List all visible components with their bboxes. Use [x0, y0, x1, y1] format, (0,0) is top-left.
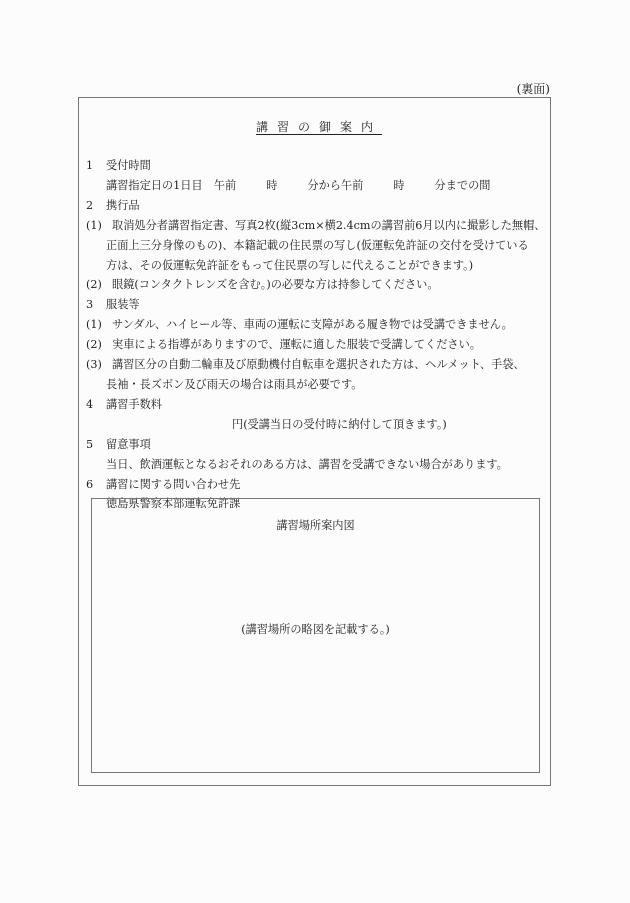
item-number: (2)	[86, 335, 106, 355]
fee-text: 円(受講当日の受付時に納付して頂きます。)	[86, 415, 544, 435]
clothing-item-1: (1)サンダル、ハイヒール等、車両の運転に支障がある履き物では受講できません。	[86, 315, 544, 335]
time-prefix: 講習指定日の1日目 午前	[106, 179, 236, 192]
belongings-item-1-cont: 正面上三分身像のもの)、本籍記載の住民票の写し(仮運転免許証の交付を受けている	[86, 236, 544, 256]
notes-text: 当日、飲酒運転となるおそれのある方は、講習を受講できない場合があります。	[86, 455, 544, 475]
clothing-item-3-cont: 長袖・長ズボン及び雨天の場合は雨具が必要です。	[86, 375, 544, 395]
section-number: 2	[86, 196, 106, 216]
time-minute-from: 分から午前	[307, 179, 363, 192]
clothing-item-2: (2)実車による指導がありますので、運転に適した服装で受講してください。	[86, 335, 544, 355]
map-title: 講習場所案内図	[92, 517, 539, 533]
item-text: 取消処分者講習指定書、写真2枚(縦3cm×横2.4cmの講習前6月以内に撮影した…	[106, 219, 545, 232]
item-number: (2)	[86, 275, 106, 295]
item-number: (3)	[86, 355, 106, 375]
item-text: 眼鏡(コンタクトレンズを含む。)の必要な方は持参してください。	[106, 278, 439, 291]
guide-frame: 講習の御案内 1受付時間 講習指定日の1日目 午前時分から午前時分までの間 2携…	[78, 97, 551, 786]
belongings-item-2: (2)眼鏡(コンタクトレンズを含む。)の必要な方は持参してください。	[86, 275, 544, 295]
section-heading: 留意事項	[106, 438, 151, 451]
belongings-item-1: (1)取消処分者講習指定書、写真2枚(縦3cm×横2.4cmの講習前6月以内に撮…	[86, 216, 544, 236]
item-number: (1)	[86, 216, 106, 236]
reception-time-line: 講習指定日の1日目 午前時分から午前時分までの間	[86, 176, 544, 196]
section-notes-heading: 5留意事項	[86, 435, 544, 455]
section-number: 6	[86, 475, 106, 495]
page-side-label: (裏面)	[517, 80, 550, 97]
map-note: (講習場所の略図を記載する。)	[92, 621, 539, 637]
section-heading: 講習に関する問い合わせ先	[106, 478, 240, 491]
item-text: 講習区分の自動二輪車及び原動機付自転車を選択された方は、ヘルメット、手袋、	[106, 358, 525, 371]
guide-content: 1受付時間 講習指定日の1日目 午前時分から午前時分までの間 2携行品 (1)取…	[86, 156, 544, 514]
section-clothing-heading: 3服装等	[86, 295, 544, 315]
section-number: 3	[86, 295, 106, 315]
section-heading: 服装等	[106, 298, 140, 311]
belongings-item-1-cont: 方は、その仮運転免許証をもって住民票の写しに代えることができます。)	[86, 256, 544, 276]
item-text: 実車による指導がありますので、運転に適した服装で受講してください。	[106, 338, 481, 351]
time-minute-to: 分までの間	[435, 179, 491, 192]
title-text: 講習の御案内	[247, 120, 382, 134]
section-contact-heading: 6講習に関する問い合わせ先	[86, 475, 544, 495]
clothing-item-3: (3)講習区分の自動二輪車及び原動機付自転車を選択された方は、ヘルメット、手袋、	[86, 355, 544, 375]
section-fee-heading: 4講習手数料	[86, 395, 544, 415]
section-number: 4	[86, 395, 106, 415]
time-hour-2: 時	[393, 179, 404, 192]
document-title: 講習の御案内	[79, 118, 550, 135]
map-box: 講習場所案内図 (講習場所の略図を記載する。)	[91, 498, 540, 773]
section-belongings-heading: 2携行品	[86, 196, 544, 216]
section-heading: 携行品	[106, 199, 140, 212]
section-heading: 受付時間	[106, 159, 151, 172]
section-heading: 講習手数料	[106, 398, 162, 411]
section-number: 1	[86, 156, 106, 176]
time-hour-1: 時	[266, 179, 277, 192]
item-text: サンダル、ハイヒール等、車両の運転に支障がある履き物では受講できません。	[106, 318, 513, 331]
section-number: 5	[86, 435, 106, 455]
section-reception-heading: 1受付時間	[86, 156, 544, 176]
item-number: (1)	[86, 315, 106, 335]
